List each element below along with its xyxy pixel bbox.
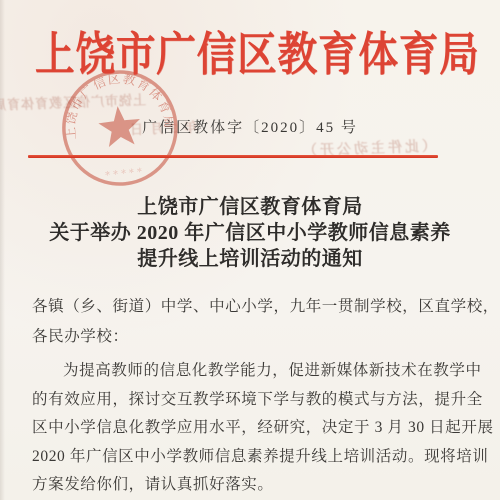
body-paragraph: 为提高教师的信息化教学能力，促进新媒体新技术在教学中 的有效应用，探讨交互教学环… <box>32 357 472 500</box>
letterhead-agency-name: 上饶市广信区教育体育局 <box>35 26 465 84</box>
paragraph-line: 方案发给你们，请认真抓好落实。 <box>32 471 472 500</box>
salutation-line: 各镇（乡、街道）中学、中心小学，九年一贯制学校，区直学校， <box>32 292 472 322</box>
salutation-line: 各民办学校： <box>32 322 472 352</box>
paragraph-line: 2020 年广信区中小学教师信息素养提升线上培训活动。现将培训 <box>32 443 472 472</box>
paragraph-line: 区中小学信息化教学应用水平，经研究，决定于 3 月 30 日起开展 <box>32 414 472 443</box>
document-title-line: 提升线上培训活动的通知 <box>20 246 480 272</box>
document-title-line: 上饶市广信区教育体育局 <box>20 194 480 220</box>
salutation: 各镇（乡、街道）中学、中心小学，九年一贯制学校，区直学校， 各民办学校： <box>32 292 472 352</box>
scanned-document-page: 上饶市广信区教育体育局 年 3 月 日 （此件主动公开） 上饶市广信区教育体育局… <box>0 0 500 500</box>
document-number: 广信区教体字〔2020〕45 号 <box>0 116 500 140</box>
scan-shadow-edge <box>0 0 5 500</box>
seal-code-text: ＊＊＊＊＊ <box>104 168 144 178</box>
paragraph-line: 的有效应用，探讨交互教学环境下学与教的模式与方法，提升全 <box>32 386 472 415</box>
document-title-line: 关于举办 2020 年广信区中小学教师信息素养 <box>20 220 480 246</box>
letterhead-separator-rule <box>28 155 438 158</box>
document-title: 上饶市广信区教育体育局 关于举办 2020 年广信区中小学教师信息素养 提升线上… <box>20 194 480 272</box>
paragraph-line: 为提高教师的信息化教学能力，促进新媒体新技术在教学中 <box>32 357 472 386</box>
